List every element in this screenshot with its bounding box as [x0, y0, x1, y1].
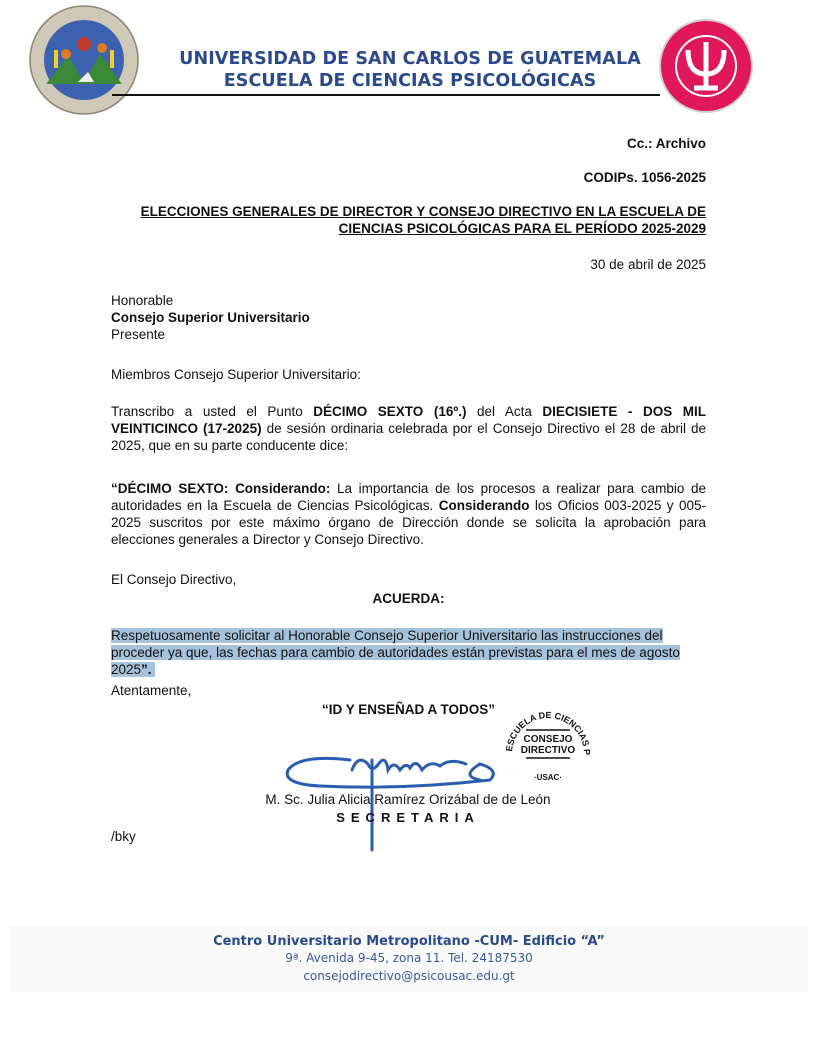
highlighted-resolution: Respetuosamente solicitar al Honorable C…	[111, 628, 680, 677]
usac-seal-icon	[28, 4, 140, 116]
recipient-presente: Presente	[111, 326, 706, 343]
subject-heading: ELECCIONES GENERALES DE DIRECTOR Y CONSE…	[140, 203, 706, 237]
signer-title: SECRETARIA	[110, 810, 706, 825]
svg-text:·USAC·: ·USAC·	[534, 773, 562, 782]
paragraph-considerando: “DÉCIMO SEXTO: Considerando: La importan…	[111, 480, 706, 548]
subject-line-1: ELECCIONES GENERALES DE DIRECTOR Y CONSE…	[140, 203, 706, 220]
recipient-honorific: Honorable	[111, 292, 706, 309]
council-line: El Consejo Directivo,	[111, 571, 706, 588]
letter-date: 30 de abril de 2025	[590, 257, 706, 272]
letter-footer: Centro Universitario Metropolitano -CUM-…	[10, 926, 808, 992]
svg-text:CONSEJO: CONSEJO	[524, 734, 573, 745]
psychology-school-seal-icon	[658, 18, 754, 114]
salutation: Miembros Consejo Superior Universitario:	[111, 366, 706, 383]
subject-line-2: CIENCIAS PSICOLÓGICAS PARA EL PERÍODO 20…	[140, 220, 706, 237]
regards: Atentamente,	[111, 682, 706, 699]
university-name: UNIVERSIDAD DE SAN CARLOS DE GUATEMALA	[160, 48, 660, 70]
letterhead-title: UNIVERSIDAD DE SAN CARLOS DE GUATEMALA E…	[160, 48, 660, 92]
resolution-paragraph: Respetuosamente solicitar al Honorable C…	[111, 627, 706, 678]
paragraph-transcription: Transcribo a usted el Punto DÉCIMO SEXTO…	[111, 403, 706, 454]
typist-initials: /bky	[111, 828, 706, 845]
acuerda-heading: ACUERDA:	[111, 590, 706, 607]
footer-address-building: Centro Universitario Metropolitano -CUM-…	[10, 934, 808, 949]
svg-text:DIRECTIVO: DIRECTIVO	[521, 745, 576, 756]
header-divider	[112, 94, 660, 96]
footer-email: consejodirectivo@psicousac.edu.gt	[10, 967, 808, 985]
motto: “ID Y ENSEÑAD A TODOS”	[111, 701, 706, 718]
school-name: ESCUELA DE CIENCIAS PSICOLÓGICAS	[160, 70, 660, 92]
reference-number: CODIPs. 1056-2025	[584, 170, 706, 185]
cc-line: Cc.: Archivo	[627, 136, 706, 151]
footer-address-street: 9ª. Avenida 9-45, zona 11. Tel. 24187530	[10, 949, 808, 967]
recipient-block: Honorable Consejo Superior Universitario…	[111, 292, 706, 343]
signer-name: M. Sc. Julia Alicia Ramírez Orizábal de …	[110, 792, 706, 807]
recipient-name: Consejo Superior Universitario	[111, 309, 706, 326]
